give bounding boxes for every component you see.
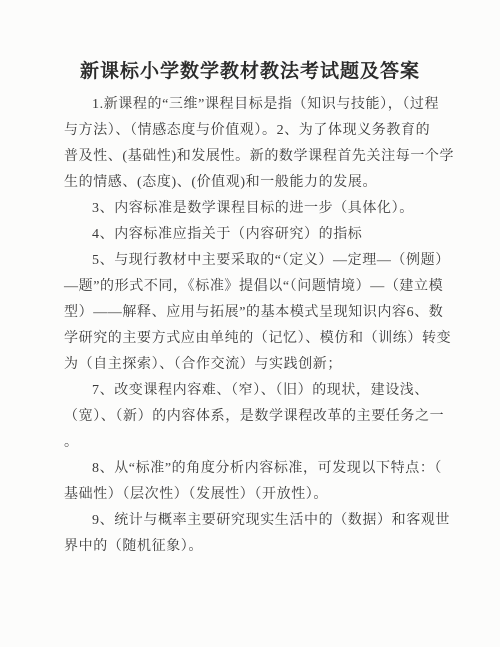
text-line: 1.新课程的“三维”课程目标是指（知识与技能），（过程 [64,92,444,118]
text-line: 界中的（随机征象）。 [64,534,444,560]
text-line: 学研究的主要方式应由单纯的（记忆）、模仿和（训练）转变 [64,326,444,352]
text-line: （宽）、（新）的内容体系，是数学课程改革的主要任务之一 [64,404,444,430]
text-line: —题”的形式不同，《标准》提倡以“（问题情境）—（建立模 [64,274,444,300]
text-line: 为（自主探索）、（合作交流）与实践创新； [64,352,444,378]
document-body: 1.新课程的“三维”课程目标是指（知识与技能），（过程与方法）、（情感态度与价值… [0,92,500,560]
text-line: 7、改变课程内容难、（窄）、（旧）的现状，建设浅、 [64,378,444,404]
text-line: 8、从“标准”的角度分析内容标准，可发现以下特点：（ [64,456,444,482]
text-line: 型）——解释、应用与拓展”的基本模式呈现知识内容6、数 [64,300,444,326]
text-line: 。 [64,430,444,456]
text-line: 普及性、(基础性)和发展性。新的数学课程首先关注每一个学 [64,144,444,170]
text-line: 4、内容标准应指关于（内容研究）的指标 [64,222,444,248]
text-line: 3、内容标准是数学课程目标的进一步（具体化）。 [64,196,444,222]
text-line: 5、与现行教材中主要采取的“（定义）—定理—（例题） [64,248,444,274]
text-line: 9、统计与概率主要研究现实生活中的（数据）和客观世 [64,508,444,534]
text-line: 基础性）（层次性）（发展性）（开放性）。 [64,482,444,508]
text-line: 生的情感、(态度)、(价值观)和一般能力的发展。 [64,170,444,196]
text-line: 与方法）、（情感态度与价值观）。2、为了体现义务教育的 [64,118,444,144]
document-title: 新课标小学数学教材教法考试题及答案 [0,57,500,87]
document-page: 新课标小学数学教材教法考试题及答案 1.新课程的“三维”课程目标是指（知识与技能… [0,0,500,647]
